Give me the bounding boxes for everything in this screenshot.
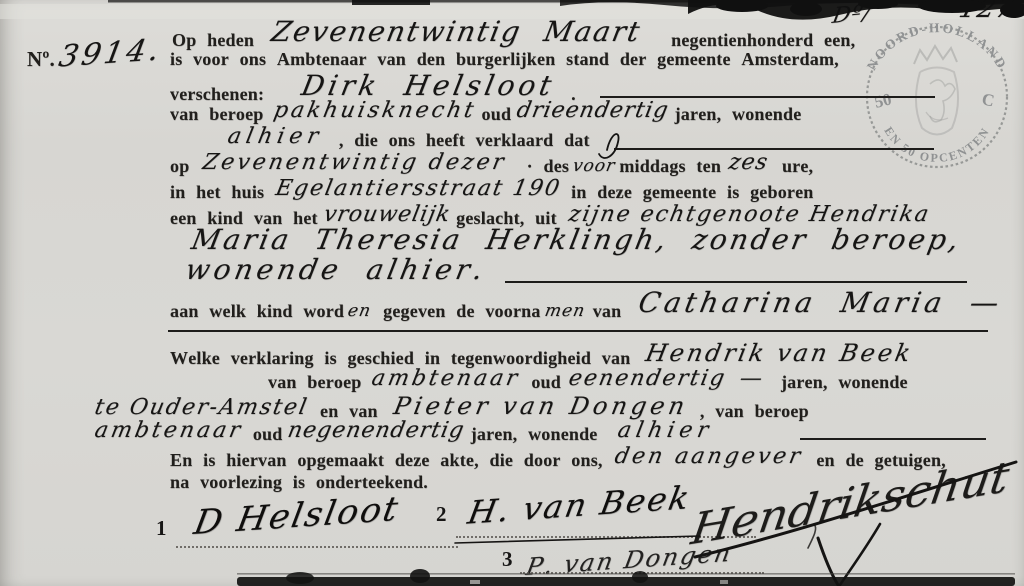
birth-certificate-scan: Nº. 3914. Dº/ 127 NOORD-HOLLAND EN 50 OP… [0,0,1024,586]
line-declarant-occupation: van beroep pakhuisknecht oud drieenderti… [170,101,801,126]
printed-ure: ure, [782,156,813,176]
signature-number-3: 3 [502,547,513,572]
printed-verklaard-dat: , die ons heeft verklaard dat [339,130,590,150]
printed-oud: oud [482,104,512,124]
hw-witness1-occupation: ambtenaar [369,366,522,391]
hw-birth-address: Egelantiersstraat 190 [274,176,564,201]
hw-men: men [543,301,587,321]
fill-line [505,281,967,283]
signature-line-3 [520,572,764,574]
line-registrar-intro: is voor ons Ambtenaar van den burgerlijk… [170,49,839,70]
hw-witness1-age: eenendertig [567,366,729,391]
printed-jaren-wonende-3: jaren, wonende [471,424,598,444]
hw-occupation: pakhuisknecht [271,98,478,123]
hw-declaration-date: Zevenentwintig Maart [269,15,644,48]
line-witness1: Welke verklaring is geschied in tegenwoo… [170,342,913,370]
signature-declarant: D Helsloot [191,489,403,543]
line-declarant-residence: alhier , die ons heeft verklaard dat [228,127,590,152]
printed-registrar-intro: is voor ons Ambtenaar van den burgerlijk… [170,49,839,69]
printed-year: negentienhonderd een, [671,30,855,50]
signature-line-1 [176,546,458,548]
hw-child-names: Catharina Maria — [636,286,1006,319]
line-birth-date-time: op Zevenentwintig dezer · des voor midda… [170,153,813,178]
hw-voor: voor [571,156,617,176]
printed-van-beroep-2: van beroep [268,372,362,392]
line-child-names: aan welk kind word en gegeven de voorna … [170,291,1003,324]
hw-age: drieendertig [515,98,671,123]
line-witness2-occupation: ambtenaar oud negenendertig jaren, wonen… [95,421,712,446]
stamp-lion-emblem [914,46,958,135]
printed-jaren-wonende-2: jaren, wonende [781,372,908,392]
fill-line [614,148,934,150]
hw-residence: alhier [226,124,326,149]
hw-dash: — [738,366,766,391]
signature-number-2: 2 [436,502,447,527]
fill-line [800,438,986,440]
stamp-denomination-left: 50 [872,89,893,112]
line-closing: En is hiervan opgemaakt deze akte, die d… [170,447,946,472]
hw-witness2-occupation: ambtenaar [93,418,246,443]
printed-op: op [170,156,189,176]
hw-witness1-residence: te Ouder-Amstel [93,395,311,420]
printed-gemeente-geboren: in deze gemeente is geboren [571,182,813,202]
printed-in-het-huis: in het huis [170,182,264,202]
certificate-number-label: Nº. [27,47,55,72]
line-witness1-occupation: van beroep ambtenaar oud eenendertig — j… [268,369,908,394]
printed-op-heden: Op heden [172,30,254,50]
hw-mother-residence: wonende alhier. [183,253,490,286]
hw-witness2-residence: alhier [615,418,715,443]
line-mother-residence: wonende alhier. [186,258,486,291]
printed-welke-verklaring: Welke verklaring is geschied in tegenwoo… [170,348,630,368]
hw-witness2-name: Pieter van Dongen [391,392,691,420]
certificate-number-value: 3914. [56,33,165,75]
hw-hour: zes [727,150,771,175]
signature-number-1: 1 [156,516,167,541]
hw-mother-name: Maria Theresia Herklingh, zonder beroep, [189,223,964,256]
printed-des: · des [527,156,570,176]
line-birth-address: in het huis Egelantiersstraat 190 in dez… [170,179,813,204]
printed-middags-ten: middags ten [619,156,721,176]
printed-aan-welk-kind: aan welk kind word [170,301,344,321]
hw-birth-date: Zevenentwintig dezer [201,150,509,175]
stamp-arc-top-text: NOORD-HOLLAND [864,20,1011,73]
signature-witness-1: H. van Beek [465,478,694,531]
printed-van: van [593,301,622,321]
printed-van-beroep-3: , van beroep [700,401,809,421]
stamp-denomination-right: C [980,89,996,110]
hw-witness2-age: negenendertig [286,418,467,443]
printed-oud-3: oud [253,424,283,444]
section-divider-rule [168,330,988,332]
printed-gegeven-voorna: gegeven de voorna [383,301,540,321]
printed-jaren-wonende: jaren, wonende [675,104,802,124]
printed-van-beroep: van beroep [170,104,264,124]
hw-en: en [346,301,373,321]
printed-oud-2: oud [531,372,561,392]
hw-witness1-name: Hendrik van Beek [644,339,916,367]
stamp-arc-bottom-text: EN 50 OPCENTEN [881,124,992,165]
printed-en-is-hiervan: En is hiervan opgemaakt deze akte, die d… [170,450,603,470]
hw-den-aangever: den aangever [612,444,805,469]
